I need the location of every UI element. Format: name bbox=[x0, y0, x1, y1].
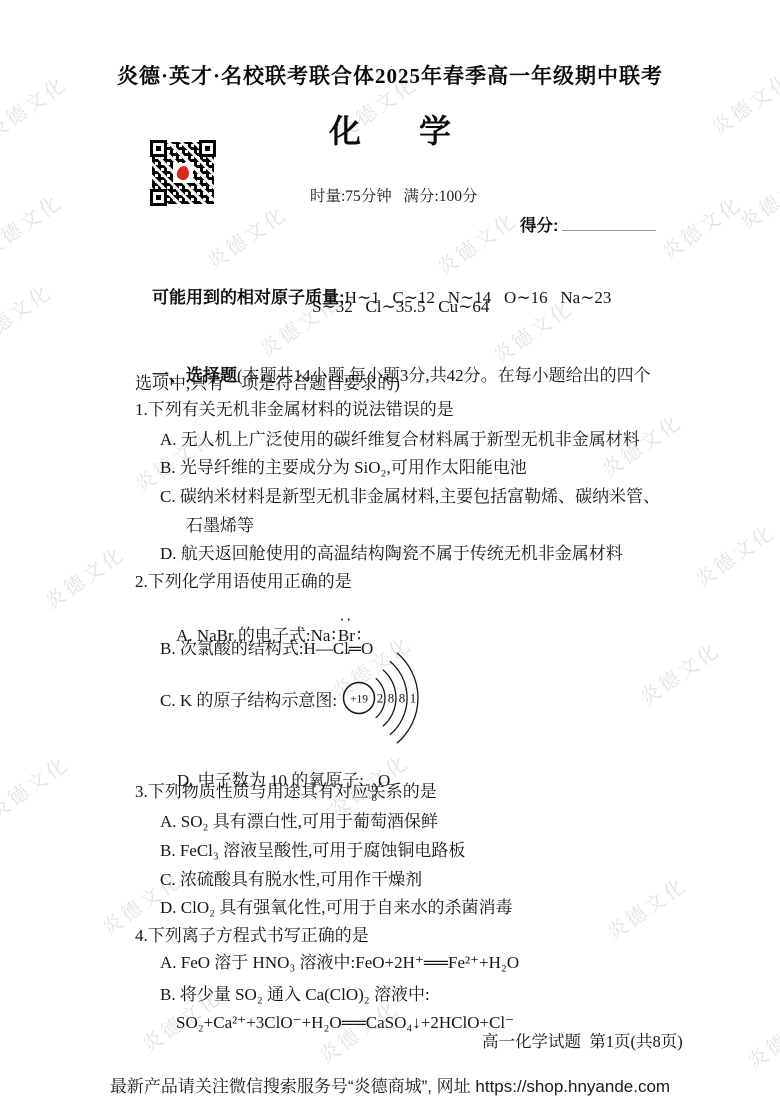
watermark: 炎德文化 bbox=[733, 159, 780, 236]
subject-title: 化 学 bbox=[0, 106, 780, 152]
q3-option-b: B. FeCl₃ 溶液呈酸性,可用于腐蚀铜电路板 bbox=[160, 839, 465, 863]
watermark: 炎德文化 bbox=[0, 276, 57, 353]
score-blank bbox=[562, 217, 656, 231]
subject-char: 学 bbox=[419, 106, 451, 152]
electron-dots-top: ·· bbox=[340, 616, 354, 624]
flame-logo-icon bbox=[176, 165, 190, 181]
shell-electrons: 8 bbox=[388, 691, 395, 706]
exam-duration-score: 时量:75分钟 满分:100分 bbox=[310, 184, 478, 206]
exam-title: 炎德·英才·名校联考联合体2025年春季高一年级期中联考 bbox=[0, 60, 780, 90]
page-footer: 高一化学试题 第1页(共8页) bbox=[482, 1028, 683, 1052]
watermark: 炎德文化 bbox=[655, 188, 747, 265]
atomic-masses-line2: S∼32 Cl∼35.5 Cu∼64 bbox=[312, 295, 489, 319]
exam-page: 炎德文化 炎德文化 炎德文化 炎德文化 炎德文化 炎德文化 炎德文化 炎德文化 … bbox=[0, 0, 780, 1104]
atomic-structure-diagram: +19 2 8 8 1 bbox=[337, 652, 457, 744]
q1-option-c: C. 碳纳米材料是新型无机非金属材料,主要包括富勒烯、碳纳米管、 bbox=[160, 485, 660, 509]
q1-option-c-cont: 石墨烯等 bbox=[186, 514, 254, 538]
score-field: 得分: bbox=[520, 212, 656, 236]
watermark: 炎德文化 bbox=[600, 869, 692, 946]
watermark: 炎德文化 bbox=[740, 998, 780, 1075]
q2-option-c: C. K 的原子结构示意图: +19 2 8 8 1 bbox=[160, 652, 457, 744]
q4-option-b-equation: SO₂+Ca²⁺+3ClO⁻+H₂O══CaSO₄↓+2HClO+Cl⁻ bbox=[176, 1011, 514, 1035]
qr-finder-icon bbox=[150, 189, 167, 206]
q3-option-d: D. ClO₂ 具有强氧化性,可用于自来水的杀菌消毒 bbox=[160, 896, 513, 920]
qr-code bbox=[148, 138, 218, 208]
nucleus-charge: +19 bbox=[350, 694, 368, 706]
q1-option-a: A. 无人机上广泛使用的碳纤维复合材料属于新型无机非金属材料 bbox=[160, 428, 640, 452]
watermark: 炎德文化 bbox=[0, 186, 67, 263]
watermark: 炎德文化 bbox=[0, 748, 74, 825]
watermark: 炎德文化 bbox=[633, 634, 725, 711]
subject-char: 化 bbox=[329, 106, 361, 152]
q1-option-d: D. 航天返回舱使用的高温结构陶瓷不属于传统无机非金属材料 bbox=[160, 542, 623, 566]
shell-electrons: 2 bbox=[377, 691, 384, 706]
qr-finder-icon bbox=[199, 140, 216, 157]
q1-option-b: B. 光导纤维的主要成分为 SiO₂,可用作太阳能电池 bbox=[160, 456, 527, 480]
q3-option-c: C. 浓硫酸具有脱水性,可用作干燥剂 bbox=[160, 868, 422, 892]
shell-electrons: 1 bbox=[410, 691, 417, 706]
q2-c-text: C. K 的原子结构示意图: bbox=[160, 686, 337, 711]
question-4-stem: 4.下列离子方程式书写正确的是 bbox=[135, 924, 369, 948]
qr-logo-frame bbox=[173, 163, 193, 183]
question-2-stem: 2.下列化学用语使用正确的是 bbox=[135, 570, 352, 594]
question-3-stem: 3.下列物质性质与用途具有对应关系的是 bbox=[135, 780, 437, 804]
q3-option-a: A. SO₂ 具有漂白性,可用于葡萄酒保鲜 bbox=[160, 810, 438, 834]
section-note-2: 选项中,只有一项是符合题目要求的) bbox=[135, 372, 400, 396]
score-label: 得分: bbox=[520, 217, 559, 235]
promo-banner: 最新产品请关注微信搜索服务号“炎德商城”, 网址 https://shop.hn… bbox=[0, 1072, 780, 1097]
question-1-stem: 1.下列有关无机非金属材料的说法错误的是 bbox=[135, 398, 454, 422]
watermark: 炎德文化 bbox=[688, 516, 780, 593]
qr-finder-icon bbox=[150, 140, 167, 157]
q4-option-b: B. 将少量 SO₂ 通入 Ca(ClO)₂ 溶液中: bbox=[160, 983, 430, 1007]
watermark: 炎德文化 bbox=[38, 538, 130, 615]
shell-electrons: 8 bbox=[399, 691, 406, 706]
q4-option-a: A. FeO 溶于 HNO₃ 溶液中:FeO+2H⁺══Fe²⁺+H₂O bbox=[160, 951, 519, 975]
